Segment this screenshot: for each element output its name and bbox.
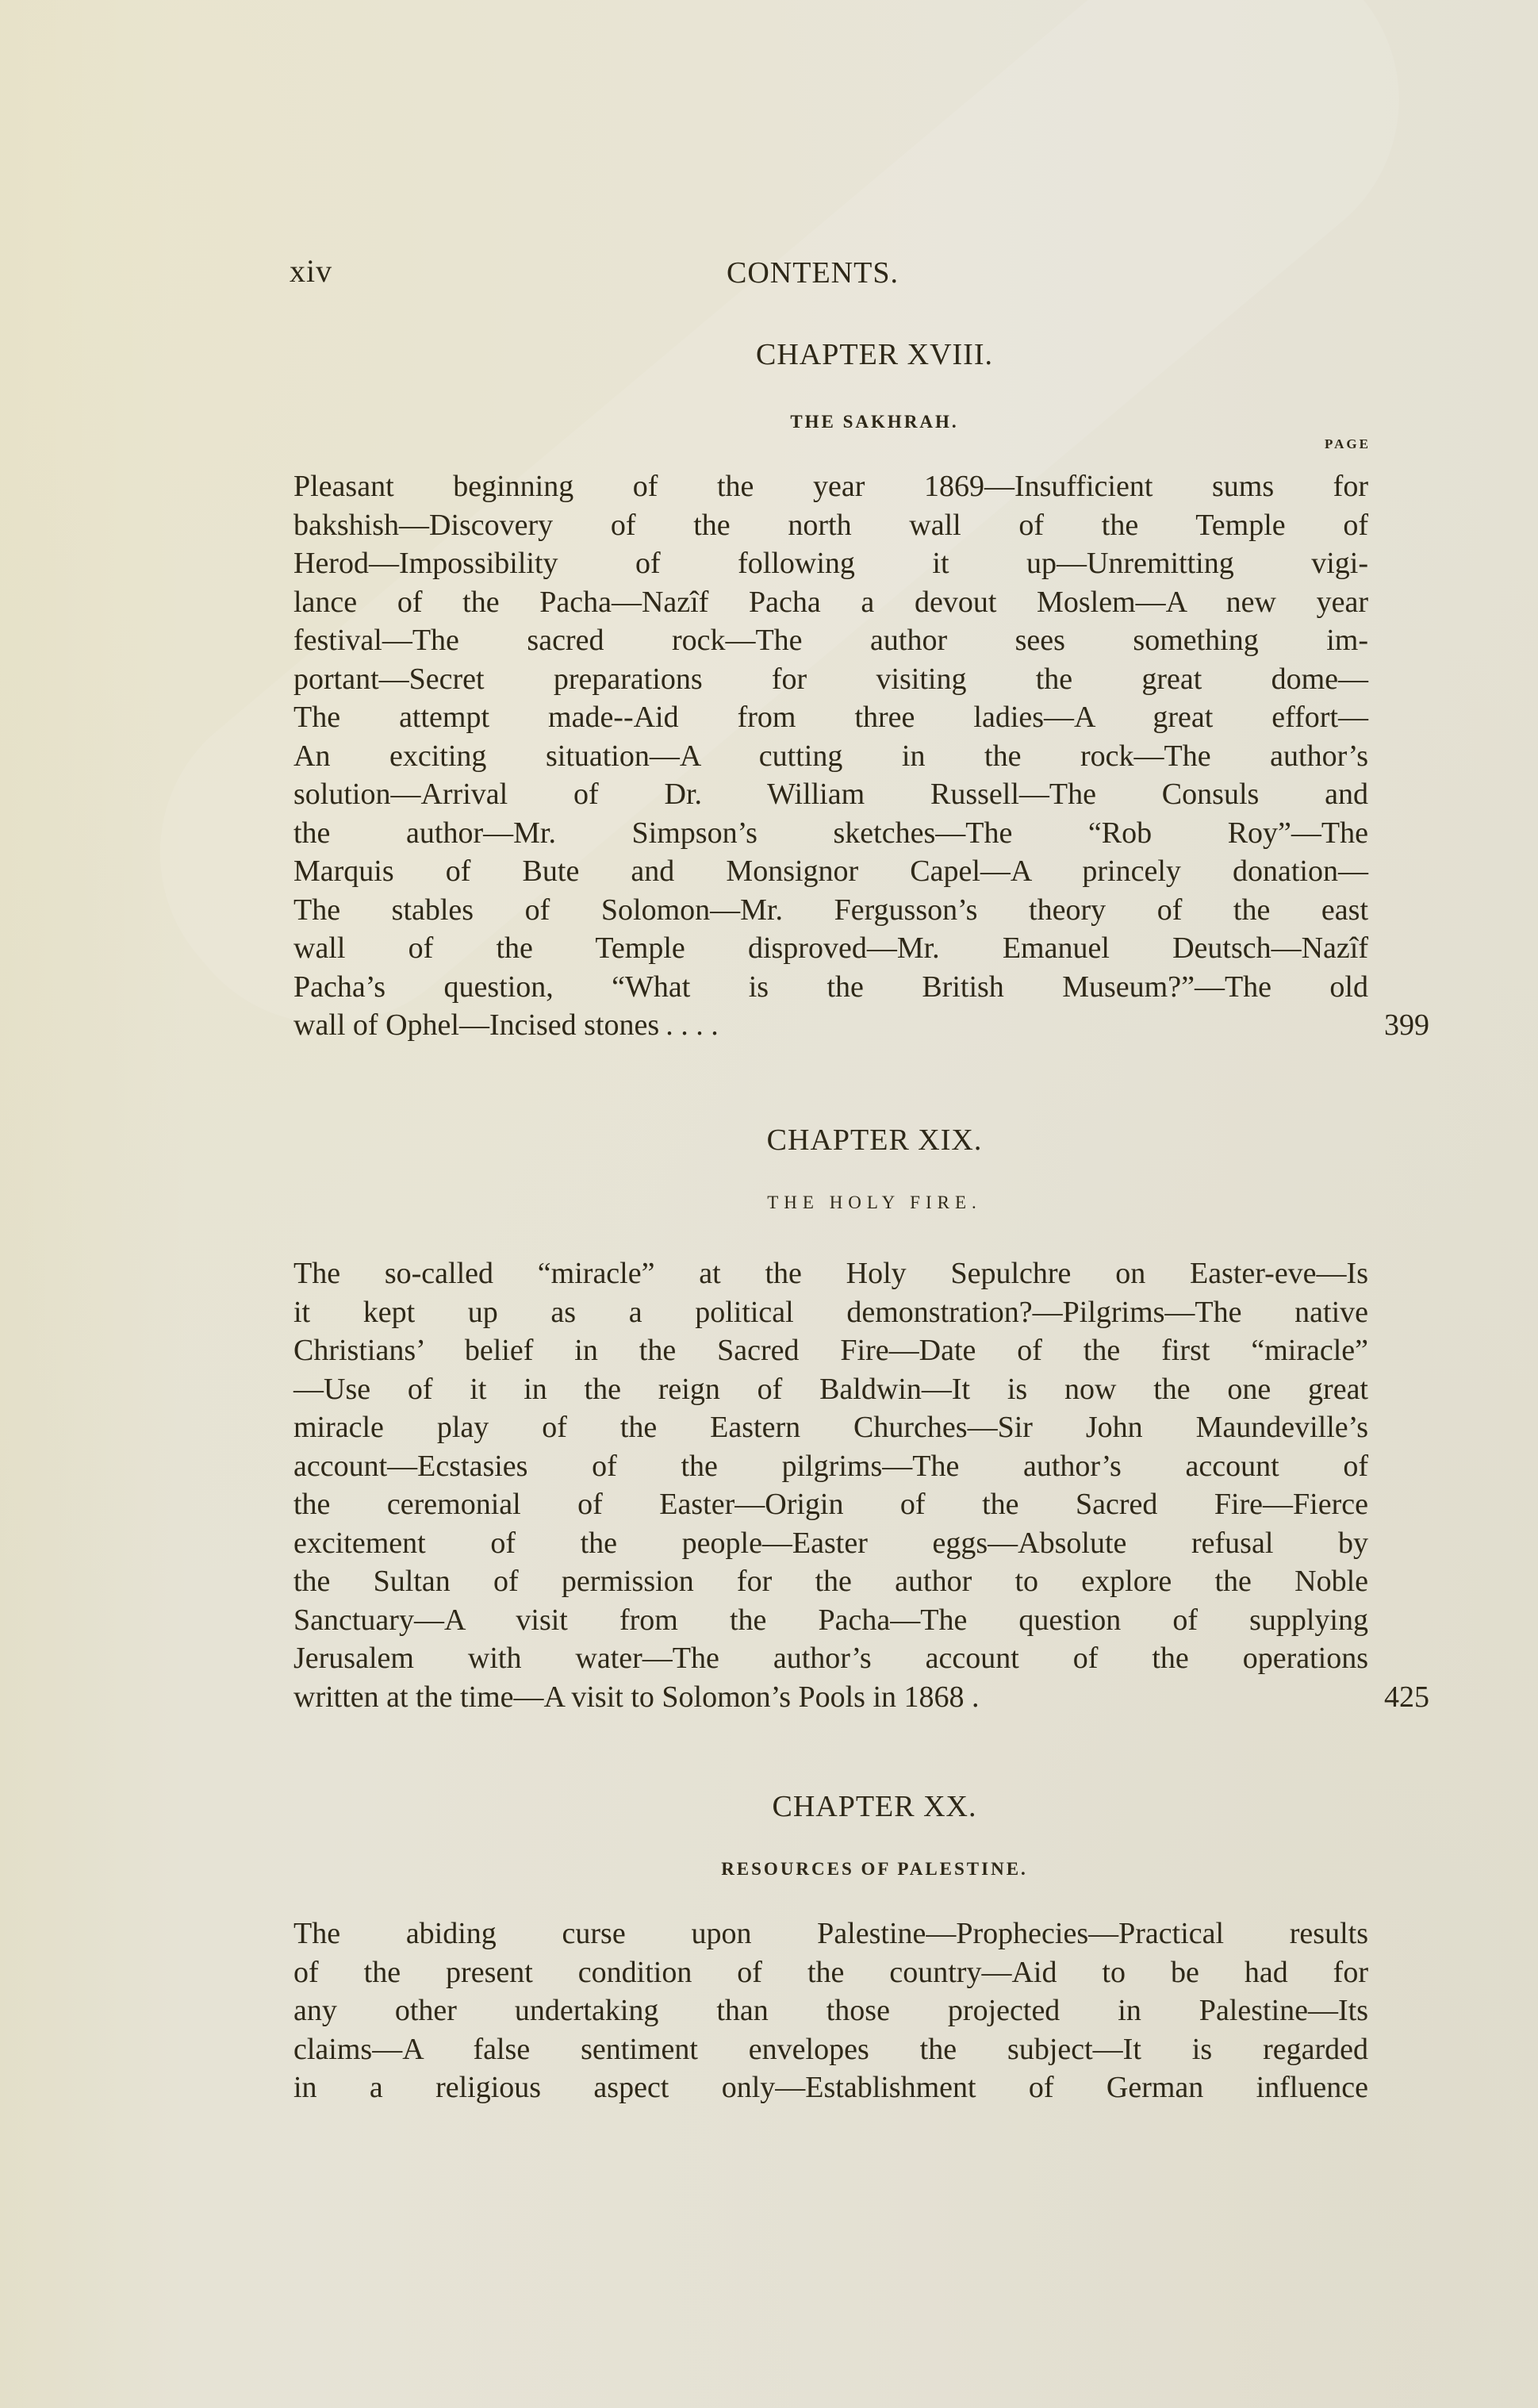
summary-line: in a religious aspect only—Establishment… — [349, 2068, 1368, 2107]
summary-line: Marquis of Bute and Monsignor Capel—A pr… — [349, 852, 1368, 891]
chapter-subtitle: RESOURCES OF PALESTINE. — [293, 1859, 1380, 1880]
chapter-19: CHAPTER XIX. THE HOLY FIRE. The so-calle… — [293, 1123, 1380, 1716]
chapter-summary: Pleasant beginning of the year 1869—Insu… — [293, 467, 1368, 1045]
summary-line: lance of the Pacha—Nazîf Pacha a devout … — [349, 583, 1368, 622]
chapter-subtitle: THE HOLY FIRE. — [293, 1192, 1380, 1213]
summary-line: Pleasant beginning of the year 1869—Insu… — [349, 467, 1368, 506]
summary-line: wall of Ophel—Incised stones — [349, 1006, 659, 1045]
summary-line: excitement of the people—Easter eggs—Abs… — [349, 1524, 1368, 1563]
summary-line: —Use of it in the reign of Baldwin—It is… — [349, 1370, 1368, 1409]
summary-line: The abiding curse upon Palestine—Prophec… — [349, 1914, 1368, 1953]
summary-line: the author—Mr. Simpson’s sketches—The “R… — [349, 814, 1368, 853]
chapter-heading: CHAPTER XVIII. — [293, 337, 1380, 372]
chapter-subtitle: THE SAKHRAH. — [293, 412, 1380, 432]
summary-last-line: written at the time—A visit to Solomon’s… — [349, 1678, 1440, 1717]
summary-line: Christians’ belief in the Sacred Fire—Da… — [349, 1331, 1368, 1370]
summary-line: of the present condition of the country—… — [349, 1953, 1368, 1992]
summary-last-line: wall of Ophel—Incised stones . . . . . .… — [349, 1006, 1440, 1045]
summary-line: claims—A false sentiment envelopes the s… — [349, 2030, 1368, 2069]
summary-line: The attempt made--Aid from three ladies—… — [349, 698, 1368, 737]
summary-line: account—Ecstasies of the pilgrims—The au… — [349, 1447, 1368, 1486]
summary-line: The so-called “miracle” at the Holy Sepu… — [349, 1254, 1368, 1293]
summary-line: The stables of Solomon—Mr. Fergusson’s t… — [349, 891, 1368, 930]
summary-line: solution—Arrival of Dr. William Russell—… — [349, 775, 1368, 814]
chapter-18: CHAPTER XVIII. THE SAKHRAH. PAGE Pleasan… — [293, 337, 1380, 1045]
chapter-heading: CHAPTER XIX. — [293, 1123, 1380, 1158]
summary-line: miracle play of the Eastern Churches—Sir… — [349, 1408, 1368, 1447]
chapter-summary: The abiding curse upon Palestine—Prophec… — [293, 1914, 1368, 2107]
chapter-summary: The so-called “miracle” at the Holy Sepu… — [293, 1254, 1368, 1716]
summary-line: Sanctuary—A visit from the Pacha—The que… — [349, 1601, 1368, 1640]
summary-line: bakshish—Discovery of the north wall of … — [349, 506, 1368, 545]
chapter-heading: CHAPTER XX. — [293, 1789, 1380, 1824]
summary-line: the ceremonial of Easter—Origin of the S… — [349, 1485, 1368, 1524]
summary-line: An exciting situation—A cutting in the r… — [349, 737, 1368, 776]
summary-line: Pacha’s question, “What is the British M… — [349, 968, 1368, 1007]
dot-leader: . . . . . . — [659, 1006, 1440, 1045]
running-title: CONTENTS. — [0, 255, 1538, 290]
summary-line: any other undertaking than those project… — [349, 1991, 1368, 2030]
summary-line: portant—Secret preparations for visiting… — [349, 660, 1368, 699]
dot-leader: . — [980, 1678, 1440, 1717]
chapter-20: CHAPTER XX. RESOURCES OF PALESTINE. The … — [293, 1789, 1380, 2107]
summary-line: Herod—Impossibility of following it up—U… — [349, 544, 1368, 583]
page-column-label: PAGE — [1325, 436, 1371, 452]
summary-line: Jerusalem with water—The author’s accoun… — [349, 1639, 1368, 1678]
summary-line: written at the time—A visit to Solomon’s… — [349, 1678, 980, 1717]
summary-line: the Sultan of permission for the author … — [349, 1562, 1368, 1601]
running-head: xiv CONTENTS. — [0, 252, 1538, 292]
summary-line: wall of the Temple disproved—Mr. Emanuel… — [349, 929, 1368, 968]
summary-line: it kept up as a political demonstration?… — [349, 1293, 1368, 1332]
summary-line: festival—The sacred rock—The author sees… — [349, 621, 1368, 660]
